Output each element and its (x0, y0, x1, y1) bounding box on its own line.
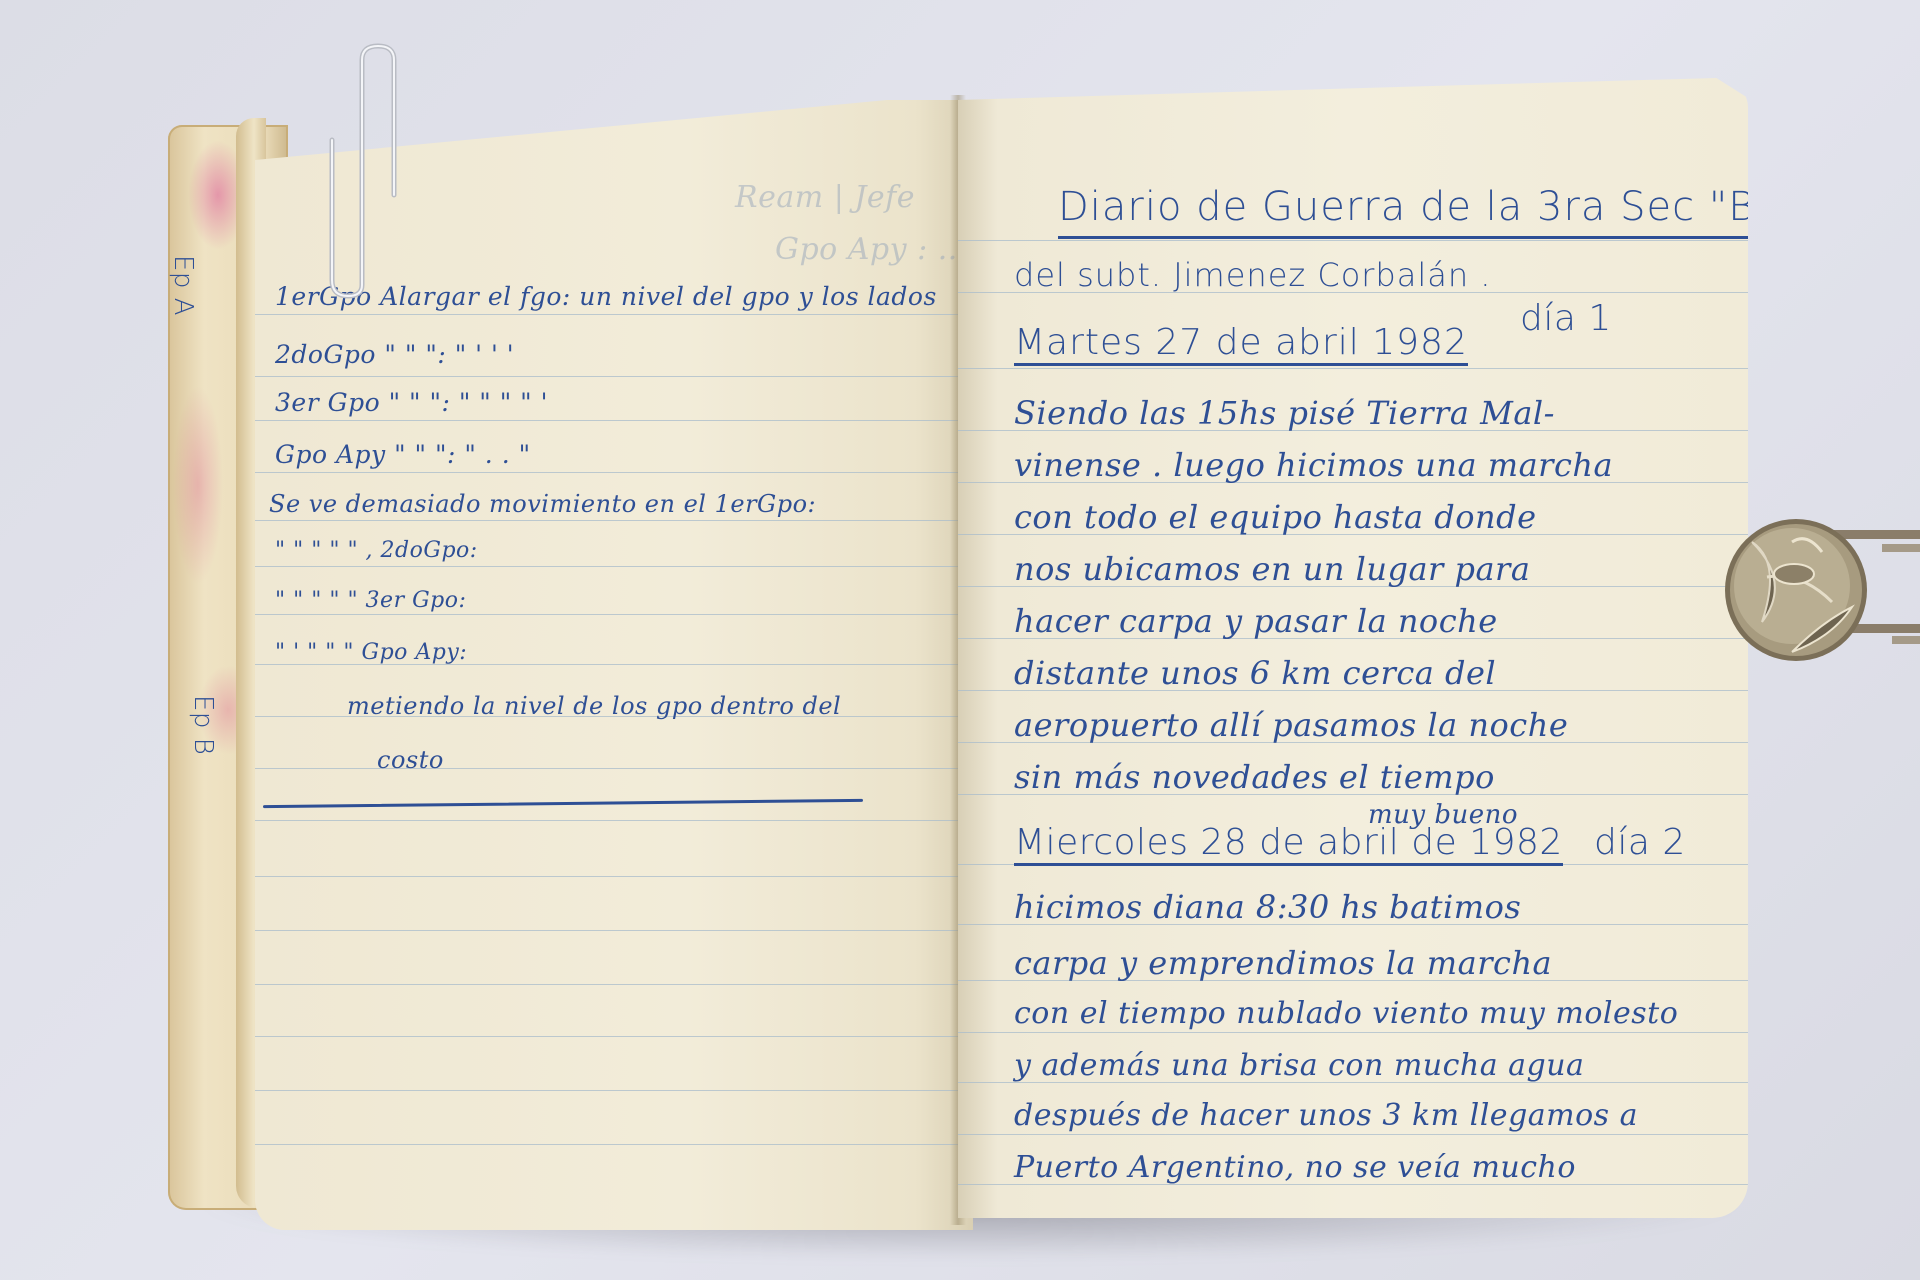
entry-1-line-2: vinense . luego hicimos una marcha (1014, 446, 1613, 484)
paperclip-icon (318, 40, 408, 300)
left-line-3: 3er Gpo " " ": " " " " ' (275, 388, 548, 417)
entry-2-line-4: y además una brisa con mucha agua (1014, 1048, 1584, 1083)
entry-2-line-3: con el tiempo nublado viento muy molesto (1014, 996, 1678, 1031)
left-line-8: " ' " " " Gpo Apy: (275, 640, 467, 665)
left-line-6: " " " " " , 2doGpo: (275, 538, 478, 563)
right-page: Diario de Guerra de la 3ra Sec "B" del s… (958, 78, 1748, 1218)
diary-title: Diario de Guerra de la 3ra Sec "B" (1058, 184, 1748, 239)
entry-1-line-6: distante unos 6 km cerca del (1014, 654, 1496, 692)
entry-1-date: Martes 27 de abril 1982 (1014, 322, 1468, 366)
entry-2-line-2: carpa y emprendimos la marcha (1014, 944, 1552, 982)
entry-1-line-3: con todo el equipo hasta donde (1014, 498, 1537, 536)
left-line-5: Se ve demasiado movimiento en el 1erGpo: (269, 490, 816, 518)
cover-annotation-ep-b: Ep B (188, 695, 218, 755)
entry-1-line-1: Siendo las 15hs pisé Tierra Mal- (1014, 394, 1555, 432)
left-line-9: metiendo la nivel de los gpo dentro del (347, 692, 841, 720)
left-line-10: costo (377, 746, 444, 774)
thistle-button-icon (1722, 512, 1920, 672)
left-line-2: 2doGpo " " ": " ' ' ' (275, 340, 514, 369)
entry-1-day-label: día 1 (1520, 298, 1612, 339)
entry-2-line-6: Puerto Argentino, no se veía mucho (1014, 1150, 1576, 1185)
entry-2-line-5: después de hacer unos 3 km llegamos a (1014, 1098, 1638, 1133)
cover-annotation-ep-a: Ep A (168, 255, 198, 316)
bleedthrough-text: Gpo Apy : ... (775, 232, 968, 267)
entry-1-line-7: aeropuerto allí pasamos la noche (1014, 706, 1568, 744)
section-divider-line (263, 799, 863, 808)
entry-2-day-label: día 2 (1594, 822, 1686, 863)
left-line-4: Gpo Apy " " ": " . . " (275, 440, 531, 469)
entry-1-line-8: sin más novedades el tiempo (1014, 758, 1495, 796)
entry-1-line-4: nos ubicamos en un lugar para (1014, 550, 1530, 588)
diary-author: del subt. Jimenez Corbalán . (1014, 256, 1491, 294)
entry-1-line-5: hacer carpa y pasar la noche (1014, 602, 1498, 640)
entry-2-date: Miercoles 28 de abril de 1982 (1014, 822, 1563, 866)
entry-2-line-1: hicimos diana 8:30 hs batimos (1014, 888, 1521, 926)
left-line-7: " " " " " 3er Gpo: (275, 588, 466, 613)
bleedthrough-text: Ream | Jefe (735, 180, 915, 215)
pink-stain (173, 385, 223, 585)
